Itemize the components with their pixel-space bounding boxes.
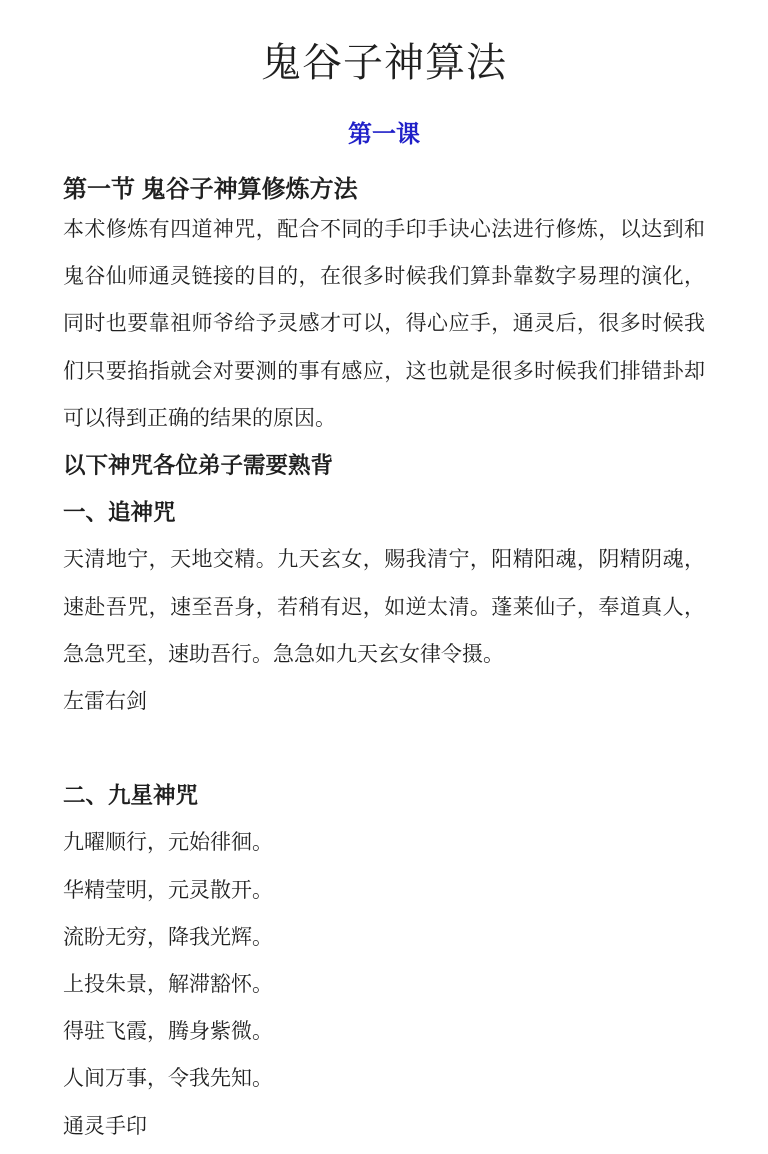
intro-line: 们只要掐指就会对要测的事有感应，这也就是很多时候我们排错卦却 bbox=[63, 348, 705, 395]
memorize-note: 以下神咒各位弟子需要熟背 bbox=[63, 442, 705, 489]
intro-line: 可以得到正确的结果的原因。 bbox=[63, 395, 705, 442]
document-title: 鬼谷子神算法 bbox=[63, 38, 705, 88]
section-heading: 第一节 鬼谷子神算修炼方法 bbox=[63, 173, 705, 206]
intro-line: 本术修炼有四道神咒，配合不同的手印手诀心法进行修炼，以达到和 bbox=[63, 206, 705, 253]
spell-line: 人间万事，令我先知。 bbox=[63, 1055, 705, 1102]
spell1-footer: 左雷右剑 bbox=[63, 678, 705, 725]
spell-line: 流盼无穷，降我光辉。 bbox=[63, 914, 705, 961]
spell1-heading: 一、追神咒 bbox=[63, 489, 705, 536]
spell-line: 得驻飞霞，腾身紫微。 bbox=[63, 1008, 705, 1055]
lesson-label: 第一课 bbox=[63, 118, 705, 151]
blank-line bbox=[63, 725, 705, 772]
spell2-heading: 二、九星神咒 bbox=[63, 772, 705, 819]
spell-line: 上投朱景，解滞豁怀。 bbox=[63, 961, 705, 1008]
spell-line: 华精莹明，元灵散开。 bbox=[63, 867, 705, 914]
document-content: 鬼谷子神算法 第一课 第一节 鬼谷子神算修炼方法 本术修炼有四道神咒，配合不同的… bbox=[0, 38, 768, 1150]
spell2-footer: 通灵手印 bbox=[63, 1103, 705, 1150]
spell-line: 速赴吾咒，速至吾身，若稍有迟，如逆太清。蓬莱仙子，奉道真人， bbox=[63, 584, 705, 631]
spell-line: 急急咒至，速助吾行。急急如九天玄女律令摄。 bbox=[63, 631, 705, 678]
document-page: 鬼谷子神算法 第一课 第一节 鬼谷子神算修炼方法 本术修炼有四道神咒，配合不同的… bbox=[0, 0, 768, 1154]
spell-line: 天清地宁，天地交精。九天玄女，赐我清宁，阳精阳魂，阴精阴魂， bbox=[63, 536, 705, 583]
intro-line: 同时也要靠祖师爷给予灵感才可以，得心应手，通灵后，很多时候我 bbox=[63, 300, 705, 347]
intro-line: 鬼谷仙师通灵链接的目的，在很多时候我们算卦靠数字易理的演化， bbox=[63, 253, 705, 300]
spell-line: 九曜顺行，元始徘徊。 bbox=[63, 819, 705, 866]
